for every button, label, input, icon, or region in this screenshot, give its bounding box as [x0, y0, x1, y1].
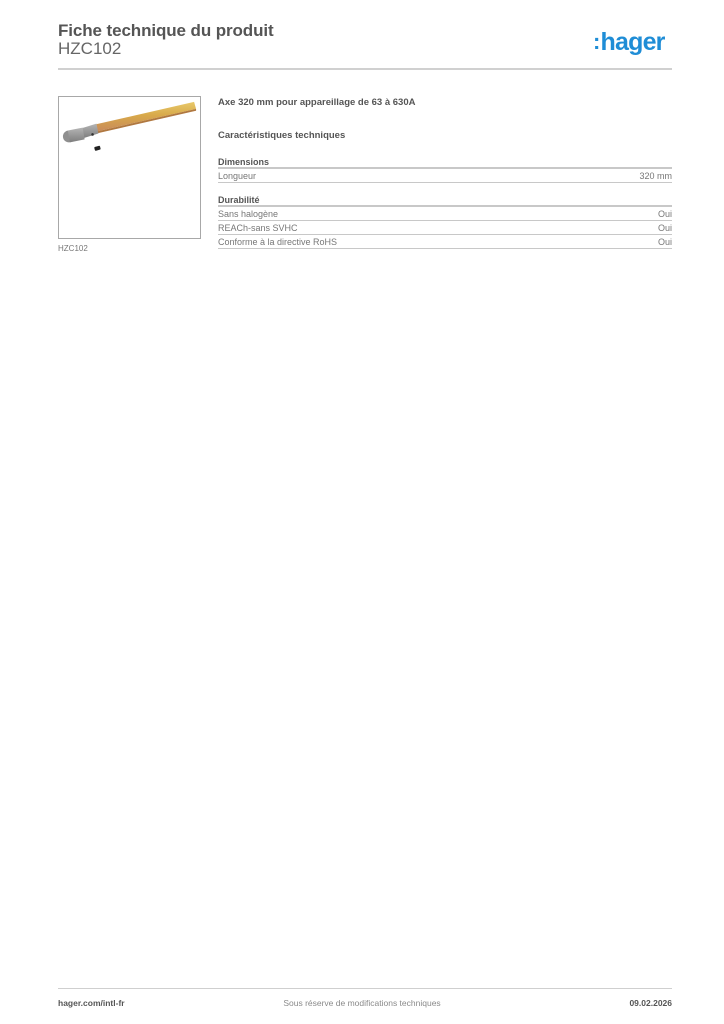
- spec-value: Oui: [658, 207, 672, 220]
- spec-label: Sans halogène: [218, 207, 278, 220]
- footer-date: 09.02.2026: [629, 998, 672, 1008]
- spec-group-dimensions: Dimensions Longueur 320 mm: [218, 155, 672, 183]
- product-code: HZC102: [58, 39, 121, 59]
- spec-label: Longueur: [218, 169, 256, 182]
- footer-notice: Sous réserve de modifications techniques: [0, 998, 724, 1008]
- spec-label: REACh-sans SVHC: [218, 221, 298, 234]
- specs-section-title: Caractéristiques techniques: [218, 129, 672, 143]
- product-info: Axe 320 mm pour appareillage de 63 à 630…: [218, 96, 672, 249]
- logo-prefix: :: [593, 29, 600, 54]
- spec-value: 320 mm: [639, 169, 672, 182]
- image-caption: HZC102: [58, 244, 88, 253]
- document-title: Fiche technique du produit: [58, 21, 274, 41]
- logo-text: hager: [601, 28, 665, 56]
- shaft-illustration-icon: [59, 97, 200, 238]
- footer-divider: [58, 988, 672, 989]
- spec-row: Longueur 320 mm: [218, 169, 672, 183]
- spec-value: Oui: [658, 221, 672, 234]
- hager-logo: :hager: [593, 27, 665, 58]
- spec-row: REACh-sans SVHC Oui: [218, 221, 672, 235]
- spec-row: Sans halogène Oui: [218, 207, 672, 221]
- header-divider: [58, 68, 672, 70]
- spec-group-durability: Durabilité Sans halogène Oui REACh-sans …: [218, 193, 672, 249]
- product-description: Axe 320 mm pour appareillage de 63 à 630…: [218, 96, 672, 110]
- spec-value: Oui: [658, 235, 672, 248]
- spec-group-title: Durabilité: [218, 193, 672, 207]
- spec-label: Conforme à la directive RoHS: [218, 235, 337, 248]
- spec-row: Conforme à la directive RoHS Oui: [218, 235, 672, 249]
- product-image: [58, 96, 201, 239]
- spec-group-title: Dimensions: [218, 155, 672, 169]
